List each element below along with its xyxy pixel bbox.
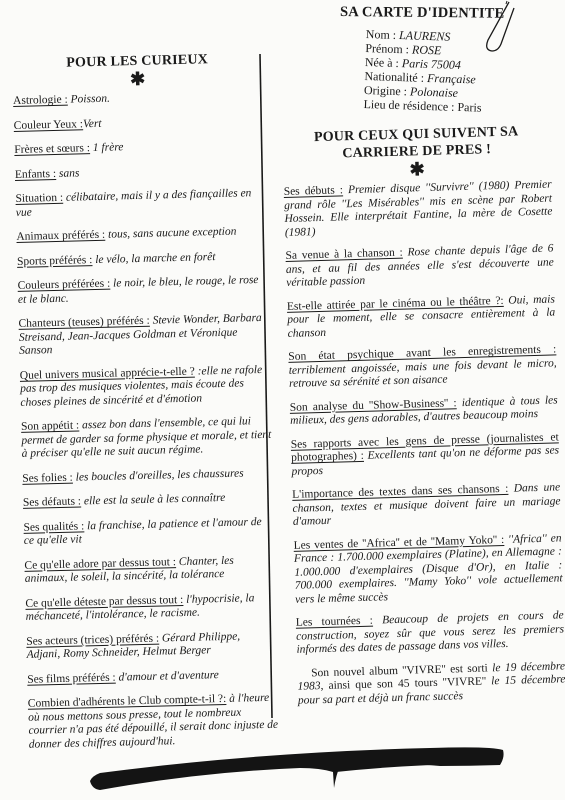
identity-label: Origine : — [364, 83, 410, 98]
info-entry: Sa venue à la chanson : Rose chante depu… — [285, 242, 554, 290]
info-entry: Sports préférés : le vélo, la marche en … — [17, 249, 267, 269]
info-entry: L'importance des textes dans ses chanson… — [292, 481, 561, 529]
entry-label: Ses folies : — [22, 471, 73, 484]
identity-label: Prénom : — [365, 41, 412, 56]
info-entry: Ses films préférés : d'amour et d'aventu… — [27, 667, 277, 687]
entry-label: Ses acteurs (trices) préférés : — [26, 632, 159, 647]
info-entry: Ses défauts : elle est la seule à les co… — [23, 491, 273, 511]
info-entry: Quel univers musical apprécie-t-elle ? :… — [20, 363, 271, 410]
left-entries: Astrologie : Poisson.Couleur Yeux :VertF… — [13, 89, 279, 752]
identity-card: SA CARTE D'IDENTITE Nom : LAURENS Prénom… — [340, 4, 550, 111]
identity-label: Lieu de résidence : — [363, 97, 457, 114]
identity-value: ROSE — [412, 42, 442, 57]
entry-value: terriblement angoissée, mais une fois de… — [289, 357, 557, 390]
info-entry: Les ventes de ''Africa'' et de ''Mamy Yo… — [293, 532, 563, 607]
info-entry: Ses qualités : la franchise, la patience… — [23, 515, 274, 548]
identity-value: Polonaise — [410, 84, 458, 100]
info-entry: Son état psychique avant les enregistrem… — [288, 343, 557, 391]
entry-label: Ses films préférés : — [27, 671, 116, 685]
entry-value: sans — [56, 167, 80, 180]
entry-value: d'amour et d'aventure — [116, 669, 219, 684]
entry-label: Frères et sœurs : — [14, 142, 90, 156]
identity-card-title: SA CARTE D'IDENTITE — [340, 4, 550, 23]
info-entry: Ses rapports avec les gens de presse (jo… — [291, 431, 560, 479]
info-entry: Est-elle attirée par le cinéma ou le thé… — [287, 293, 556, 341]
entry-value: le vélo, la marche en forêt — [92, 251, 215, 266]
entry-label: Ses défauts : — [23, 495, 81, 508]
info-entry: Son analyse du ''Show-Business'' : ident… — [290, 394, 559, 428]
entry-label: Situation : — [15, 192, 63, 205]
info-entry: Ses débuts : Premier disque ''Survivre''… — [284, 178, 553, 239]
right-column: POUR CEUX QUI SUIVENT SA CARRIERE DE PRE… — [282, 123, 565, 718]
identity-rows: Nom : LAURENS Prénom : ROSE Née à : Pari… — [363, 27, 550, 117]
entry-value: Vert — [83, 117, 102, 129]
entry-label: Enfants : — [15, 167, 56, 180]
identity-value: Paris — [457, 100, 481, 115]
identity-value: Française — [427, 71, 476, 87]
info-entry: Animaux préférés : tous, sans aucune exc… — [16, 225, 266, 245]
entry-value: elle est la seule à les connaître — [81, 492, 226, 508]
entry-value: Poisson. — [68, 93, 110, 106]
info-entry: Astrologie : Poisson. — [13, 89, 263, 109]
right-section-title: POUR CEUX QUI SUIVENT SA CARRIERE DE PRE… — [282, 123, 551, 164]
identity-label: Nom : — [366, 27, 400, 42]
entry-label: Couleur Yeux : — [14, 118, 84, 132]
entry-value: les boucles d'oreilles, les chaussures — [73, 467, 244, 483]
closing-paragraph: Son nouvel album ''VIVRE'' est sorti le … — [297, 660, 565, 708]
entry-label: Chanteurs (teuses) préférés : — [18, 315, 150, 330]
info-entry: Ce qu'elle déteste par dessus tout : l'h… — [25, 591, 276, 624]
entry-label: Sports préférés : — [17, 254, 93, 268]
info-entry: Enfants : sans — [15, 162, 265, 182]
entry-label: Ses débuts : — [284, 184, 344, 198]
identity-label: Née à : — [365, 55, 402, 70]
entry-value: 1 frère — [90, 141, 124, 154]
entry-label: Animaux préférés : — [16, 229, 105, 243]
info-entry: Ses acteurs (trices) préférés : Gérard P… — [26, 629, 277, 662]
info-entry: Son appétit : assez bon dans l'ensemble,… — [21, 415, 272, 462]
entry-label: Son appétit : — [21, 419, 79, 432]
info-entry: Ses folies : les boucles d'oreilles, les… — [22, 466, 272, 486]
left-column: POUR LES CURIEUX ✱ Astrologie : Poisson.… — [12, 50, 279, 763]
info-entry: Chanteurs (teuses) préférés : Stevie Won… — [18, 312, 269, 359]
entry-label: Astrologie : — [13, 94, 68, 107]
entry-label: Couleurs préférées : — [17, 278, 110, 292]
entry-label: Ses qualités : — [23, 520, 84, 533]
info-entry: Frères et sœurs : 1 frère — [14, 138, 264, 158]
right-entries: Ses débuts : Premier disque ''Survivre''… — [284, 178, 565, 657]
info-entry: Couleur Yeux :Vert — [14, 113, 264, 133]
entry-value: tous, sans aucune exception — [105, 226, 237, 241]
info-entry: Ce qu'elle adore par dessus tout : Chant… — [24, 553, 275, 586]
info-entry: Combien d'adhérents le Club compte-t-il … — [28, 692, 279, 752]
info-entry: Couleurs préférées : le noir, le bleu, l… — [17, 274, 268, 307]
magazine-page: SA CARTE D'IDENTITE Nom : LAURENS Prénom… — [0, 0, 565, 800]
info-entry: Les tournées : Beaucoup de projets en co… — [296, 609, 565, 657]
entry-label: Les tournées : — [296, 615, 373, 629]
info-entry: Situation : célibataire, mais il y a des… — [15, 187, 266, 220]
